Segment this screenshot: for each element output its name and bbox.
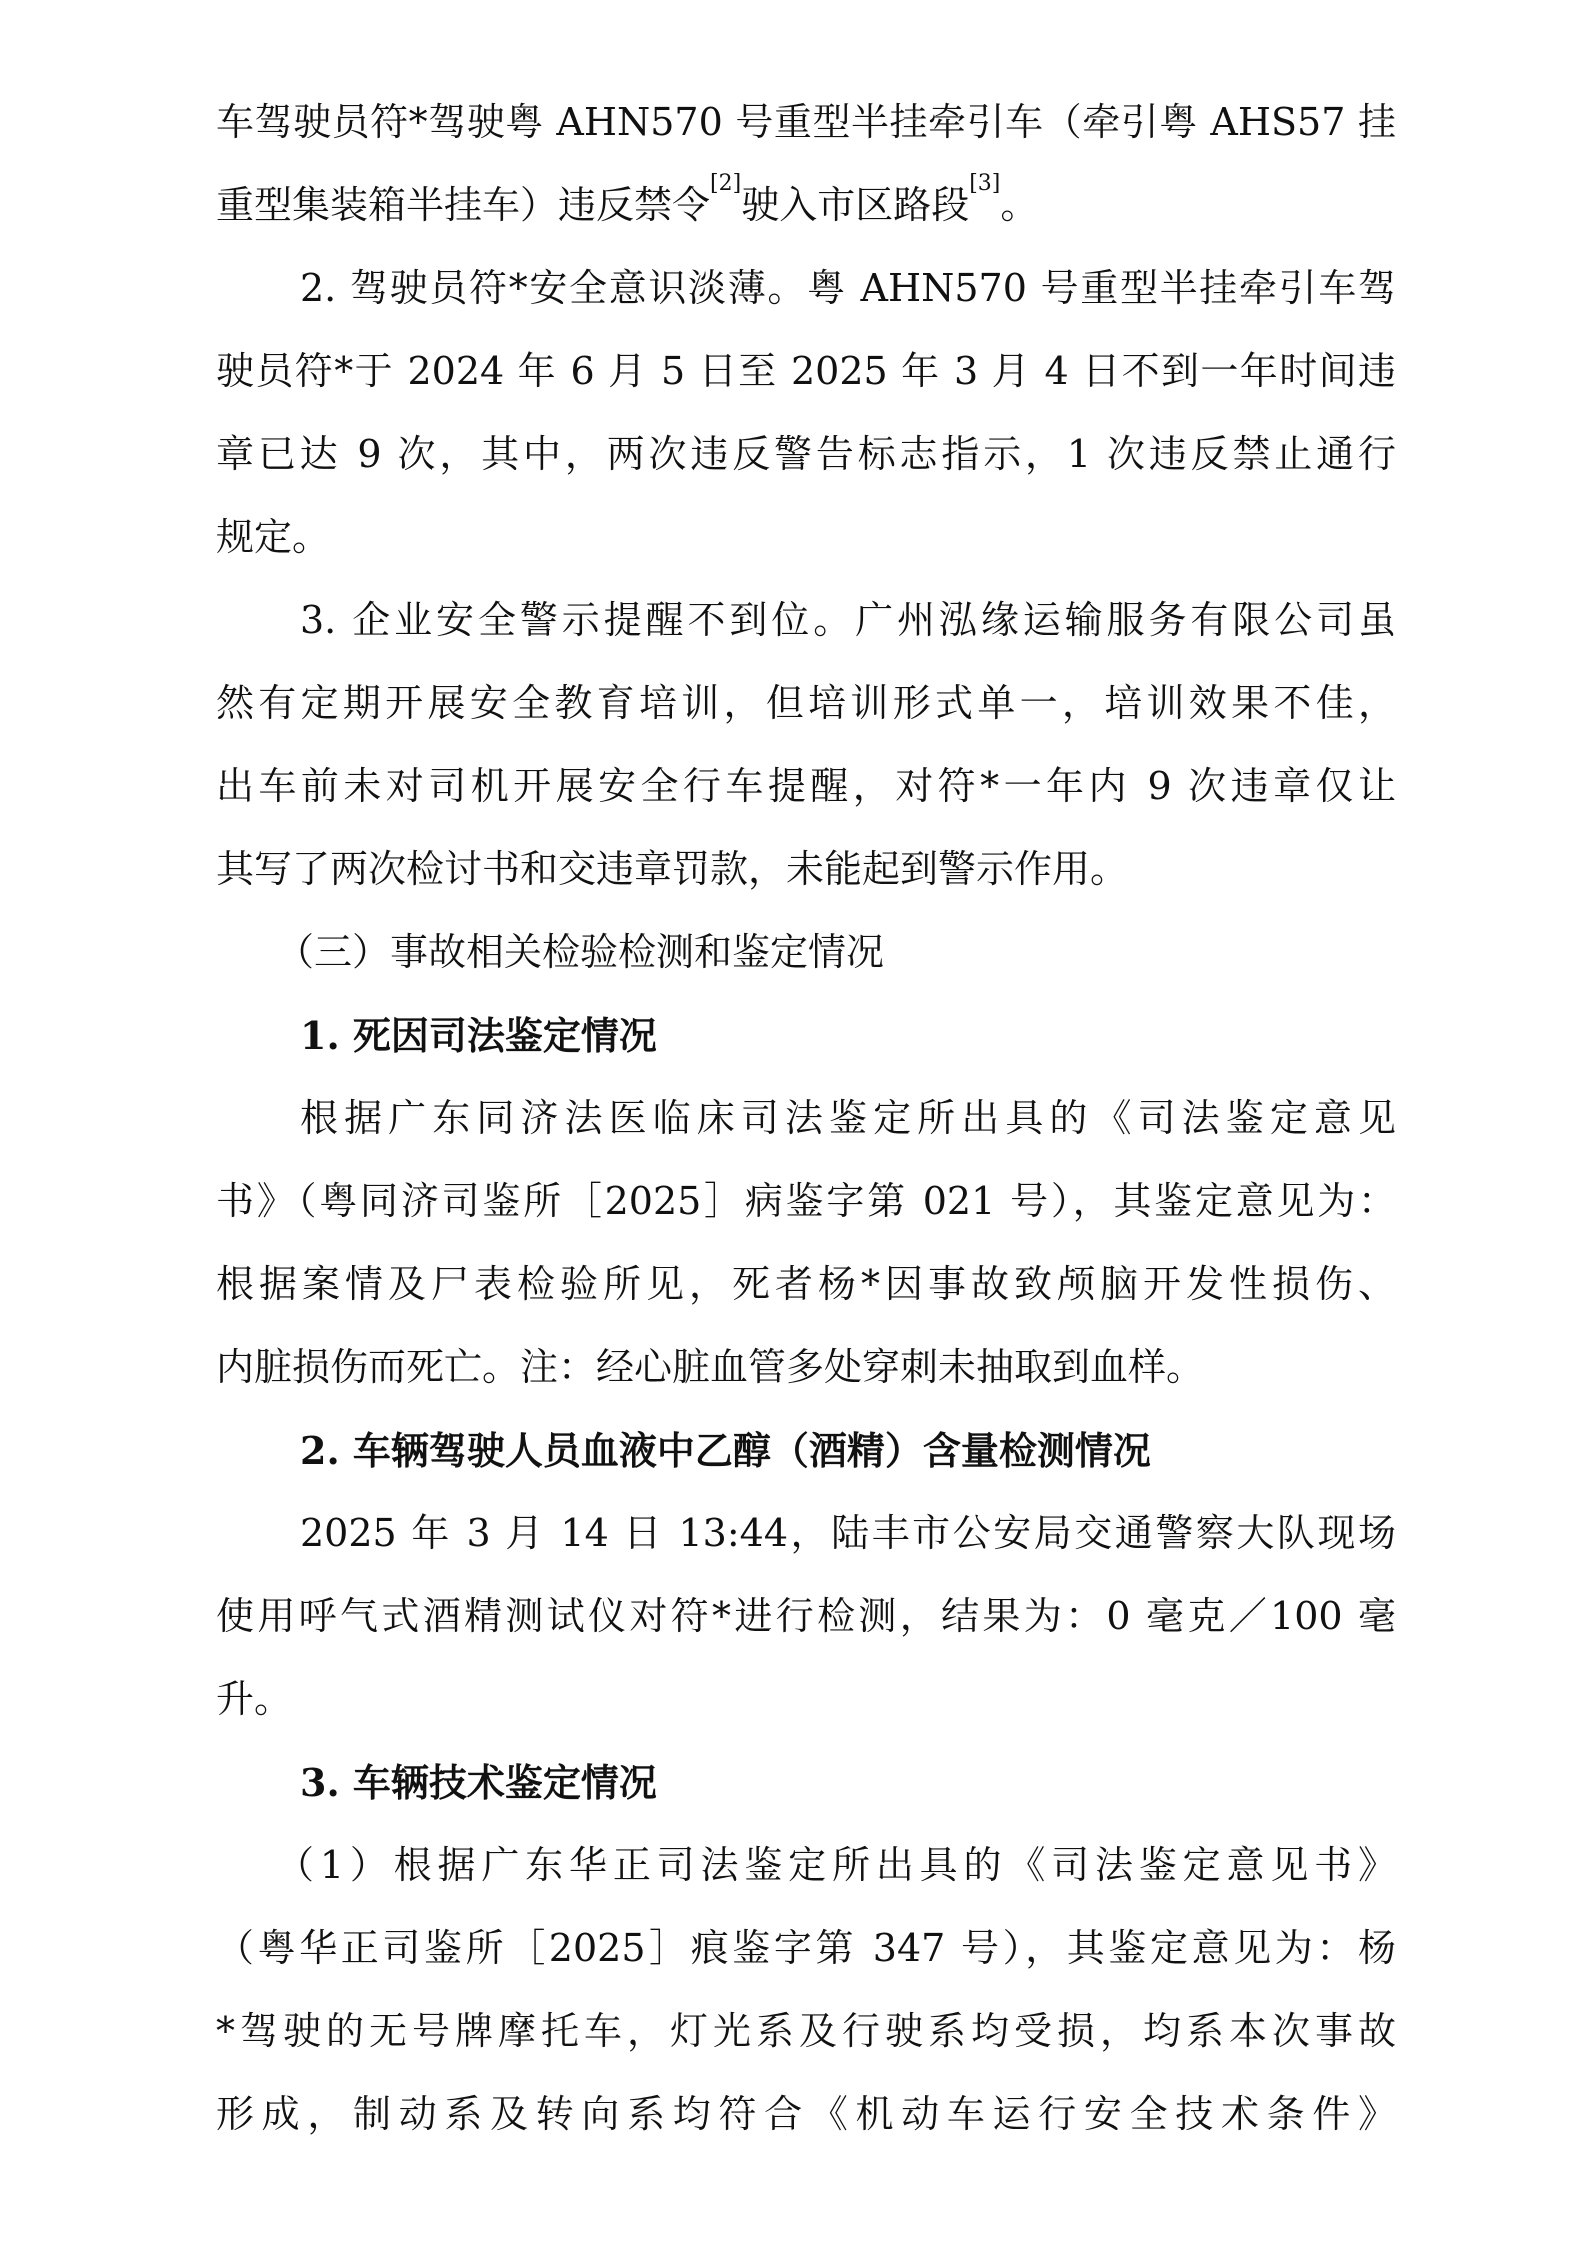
paragraph-line: （粤华正司鉴所［2025］痕鉴字第 347 号），其鉴定意见为：杨 <box>216 1907 1396 1990</box>
paragraph-line: 升。 <box>216 1658 1396 1741</box>
paragraph-line: 规定。 <box>216 496 1396 579</box>
subsection-heading: 1. 死因司法鉴定情况 <box>216 994 1396 1077</box>
footnote-ref-3[interactable]: [3] <box>969 171 1000 196</box>
paragraph-line: 内脏损伤而死亡。注：经心脏血管多处穿刺未抽取到血样。 <box>216 1326 1396 1409</box>
text: 驶入市区路段 <box>741 183 969 227</box>
paragraph-line: 然有定期开展安全教育培训，但培训形式单一，培训效果不佳， <box>216 662 1396 745</box>
paragraph-line: 其写了两次检讨书和交违章罚款，未能起到警示作用。 <box>216 828 1396 911</box>
paragraph-line: 书》（粤同济司鉴所［2025］病鉴字第 021 号），其鉴定意见为： <box>216 1160 1396 1243</box>
subsection-heading: 3. 车辆技术鉴定情况 <box>216 1741 1396 1824</box>
paragraph-line: 2025 年 3 月 14 日 13:44，陆丰市公安局交通警察大队现场 <box>216 1492 1396 1575</box>
text: 。 <box>1000 183 1038 227</box>
paragraph-line: 驶员符*于 2024 年 6 月 5 日至 2025 年 3 月 4 日不到一年… <box>216 330 1396 413</box>
subsection-heading: 2. 车辆驾驶人员血液中乙醇（酒精）含量检测情况 <box>216 1409 1396 1492</box>
paragraph-line: 使用呼气式酒精测试仪对符*进行检测，结果为：0 毫克／100 毫 <box>216 1575 1396 1658</box>
paragraph-line: 2. 驾驶员符*安全意识淡薄。粤 AHN570 号重型半挂牵引车驾 <box>216 247 1396 330</box>
section-heading: （三）事故相关检验检测和鉴定情况 <box>216 911 1396 994</box>
footnote-ref-2[interactable]: [2] <box>710 171 741 196</box>
paragraph-line: （1）根据广东华正司法鉴定所出具的《司法鉴定意见书》 <box>216 1824 1396 1907</box>
paragraph-line: 出车前未对司机开展安全行车提醒，对符*一年内 9 次违章仅让 <box>216 745 1396 828</box>
paragraph-line: 重型集装箱半挂车）违反禁令[2]驶入市区路段[3]。 <box>216 164 1396 247</box>
paragraph-line: 根据广东同济法医临床司法鉴定所出具的《司法鉴定意见 <box>216 1077 1396 1160</box>
paragraph-line: 根据案情及尸表检验所见，死者杨*因事故致颅脑开发性损伤、 <box>216 1243 1396 1326</box>
paragraph-line: 章已达 9 次，其中，两次违反警告标志指示，1 次违反禁止通行 <box>216 413 1396 496</box>
paragraph-line: 车驾驶员符*驾驶粤 AHN570 号重型半挂牵引车（牵引粤 AHS57 挂 <box>216 81 1396 164</box>
paragraph-line: *驾驶的无号牌摩托车，灯光系及行驶系均受损，均系本次事故 <box>216 1990 1396 2073</box>
paragraph-line: 形成，制动系及转向系均符合《机动车运行安全技术条件》 <box>216 2073 1396 2156</box>
paragraph-line: 3. 企业安全警示提醒不到位。广州泓缘运输服务有限公司虽 <box>216 579 1396 662</box>
text: 重型集装箱半挂车）违反禁令 <box>216 183 710 227</box>
